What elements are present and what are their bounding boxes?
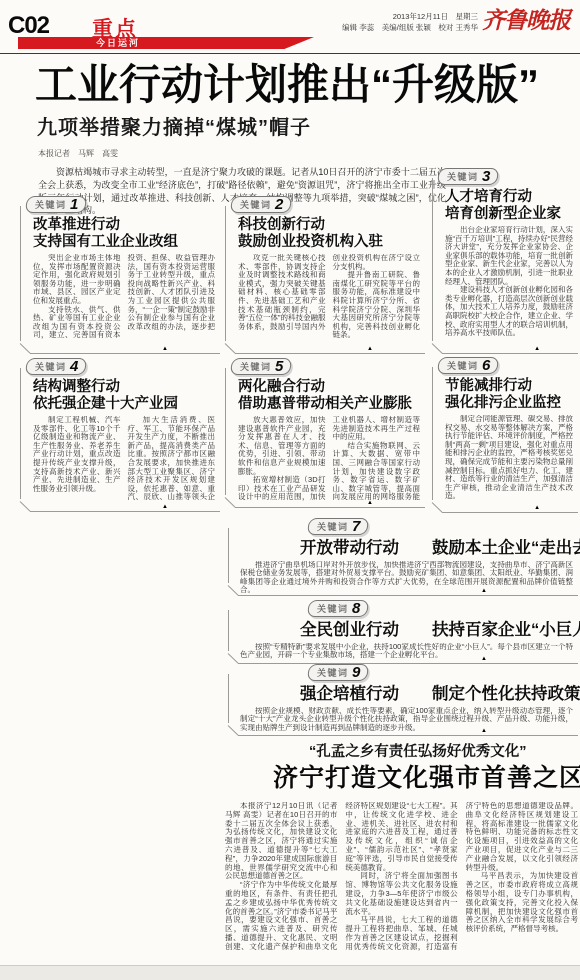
- keyword-section-3: 关键词 3 人才培育行动 培育创新型企业家 出台企业家培育行动计划，深入实施“百…: [432, 168, 578, 354]
- frame-line: [228, 610, 229, 651]
- paragraph: 出台企业家培育行动计划，深入实施“百千万培训”工程，持续办好“民营经济大讲堂”，…: [445, 226, 573, 286]
- section-title: 科技创新行动 鼓励创业投资机构入驻: [238, 217, 421, 250]
- badge-label: 关键词: [240, 198, 272, 211]
- frame-corner: [432, 502, 443, 512]
- section-body: 攻克一批关键核心技术、零部件，协调支持企业及时调整技术路线和商业模式，强力突破关…: [238, 254, 420, 346]
- section-title: 两化融合行动 借助惠普带动相关产业膨胀: [238, 379, 421, 412]
- frame-line: [228, 674, 229, 723]
- culture-kicker: “孔孟之乡有责任弘扬好优秀文化”: [309, 740, 578, 761]
- badge-label: 关键词: [317, 666, 349, 679]
- date-line: 2013年12月11日 星期三: [342, 11, 478, 22]
- frame-corner: [225, 343, 236, 353]
- frame-line: [30, 353, 220, 354]
- lead-byline: 本报记者 马辉 高雯: [38, 148, 575, 159]
- page-bottom-edge: [0, 965, 580, 980]
- section-body: 放大惠普效应，加快建设惠普软件产业园，充分发挥惠普在人才、技术、信息、管理等方面…: [238, 416, 420, 502]
- paragraph: 本报济宁12月10日讯（记者 马辉 高雯）记者在10日召开的市委十二届五次全体会…: [225, 802, 337, 881]
- paragraph: 推进济宁曲阜机场口岸对外开放步伐，加快推进济宁西部物流园建设，支持曲阜市、济宁高…: [240, 561, 573, 595]
- section-banner: 今日运河: [18, 37, 314, 49]
- frame-corner: [20, 343, 31, 353]
- keyword-section-7: 关键词 7 开放带动行动 鼓励本土企业“走出去” 推进济宁曲阜机场口岸对外开放步…: [228, 518, 578, 596]
- badge-number: 1: [70, 196, 78, 213]
- badge-label: 关键词: [447, 359, 479, 372]
- section-body: 按照企业规模、财政贡献、成长性等要素，确定100家重点企业，纳入转型升级动态管理…: [240, 707, 573, 734]
- badge-label: 关键词: [35, 360, 67, 373]
- paragraph: 制定合同能源管理、碳交易、排放权交易、水交易等整体解决方案，严格执行节能评估、环…: [445, 415, 573, 501]
- paragraph: 建设科技人才创新创业孵化园和各类专业孵化器，打造高层次创新创业载体，加大技术工人…: [445, 286, 573, 338]
- paragraph: 制定工程机械、汽车及零部件、化工等10个千亿级制造业和物流产业、生产性服务业、养…: [33, 416, 121, 493]
- section-title: 人才培育行动 培育创新型企业家: [445, 189, 574, 222]
- paragraph: 提升鲁南工研院、鲁南煤化工研究院等平台的服务功能，高标准建设中科院计算所济宁分所…: [333, 271, 421, 340]
- newspaper-page: C02 重点 今日运河 2013年12月11日 星期三 编辑 李蕊 美编/组版 …: [0, 0, 580, 980]
- triangle-up-icon: ▲: [534, 505, 540, 511]
- frame-corner: [432, 343, 443, 353]
- keyword-badge: 关键词 3: [437, 168, 499, 185]
- culture-body: 本报济宁12月10日讯（记者 马辉 高雯）记者在10日召开的市委十二届五次全体会…: [225, 802, 578, 968]
- keyword-badge: 关键词 1: [25, 196, 87, 213]
- paragraph: 放大惠普效应，加快建设惠普软件产业园，充分发挥惠普在人才、技术、信息、管理等方面…: [238, 416, 326, 476]
- keyword-badge: 关键词 7: [307, 518, 369, 535]
- badge-label: 关键词: [447, 170, 479, 183]
- keyword-section-2: 关键词 2 科技创新行动 鼓励创业投资机构入驻 攻克一批关键核心技术、零部件，协…: [225, 196, 425, 354]
- badge-label: 关键词: [240, 360, 272, 373]
- masthead-logo: 齐鲁晚报: [482, 8, 574, 34]
- badge-number: 9: [352, 664, 360, 681]
- banner-label: 今日运河: [18, 37, 314, 49]
- badge-number: 7: [352, 518, 360, 535]
- section-body: 制定工程机械、汽车及零部件、化工等10个千亿级制造业和物流产业、生产性服务业、养…: [33, 416, 215, 502]
- section-body: 出台企业家培育行动计划，深入实施“百千万培训”工程，持续办好“民营经济大讲堂”，…: [445, 226, 573, 344]
- frame-line: [225, 206, 226, 341]
- keyword-badge: 关键词 5: [230, 358, 292, 375]
- frame-line: [225, 368, 226, 495]
- frame-line: [20, 206, 21, 341]
- paragraph: 突出企业市场主体地位，发挥市场配置资源决定作用，强化政府规划引领服务功能，进一步…: [33, 254, 121, 306]
- header-meta: 2013年12月11日 星期三 编辑 李蕊 美编/组版 张颖 校对 王秀华: [342, 11, 478, 33]
- keyword-badge: 关键词 9: [307, 664, 369, 681]
- paragraph: 按照企业规模、财政贡献、成长性等要素，确定100家重点企业，纳入转型升级动态管理…: [240, 707, 573, 733]
- section-body: 制定合同能源管理、碳交易、排放权交易、水交易等整体解决方案，严格执行节能评估、环…: [445, 415, 573, 507]
- frame-line: [238, 595, 578, 596]
- badge-number: 5: [275, 358, 283, 375]
- paragraph: 同时，济宁将全面加强图书馆、博物馆等公共文化服务设施建设，力争3—5年使济宁市级…: [345, 872, 457, 916]
- frame-corner: [228, 725, 239, 735]
- section-body: 突出企业市场主体地位，发挥市场配置资源决定作用，强化政府规划引领服务功能，进一步…: [33, 254, 215, 346]
- paragraph: 加大生活消费、医疗、军工、节能环保产品开发生产力度，不断推出新产品，提高消费类产…: [128, 416, 216, 502]
- keyword-section-6: 关键词 6 节能减排行动 强化排污企业监控 制定合同能源管理、碳交易、排放权交易…: [432, 357, 578, 513]
- keyword-badge: 关键词 4: [25, 358, 87, 375]
- badge-number: 8: [352, 600, 360, 617]
- staff-line: 编辑 李蕊 美编/组版 张颖 校对 王秀华: [342, 22, 478, 33]
- triangle-up-icon: ▲: [534, 346, 540, 352]
- frame-line: [442, 353, 578, 354]
- badge-number: 4: [70, 358, 78, 375]
- frame-corner: [228, 653, 239, 663]
- triangle-up-icon: ▲: [367, 500, 373, 506]
- frame-line: [235, 507, 425, 508]
- frame-line: [442, 512, 578, 513]
- keyword-section-8: 关键词 8 全民创业行动 扶持百家企业“小巨人” 按照“专精特新”要求发展中小企…: [228, 600, 578, 664]
- paragraph: 马平昌表示，为加快建设首善之区，市委市政府将成立高规格领导小组，设专门办事机构，…: [466, 872, 578, 934]
- lead-subhead: 九项举措聚力摘掉“煤城”帽子: [37, 116, 575, 140]
- badge-number: 6: [482, 357, 490, 374]
- keyword-badge: 关键词 8: [307, 600, 369, 617]
- section-title: 改革推进行动 支持国有工业企业改组: [33, 217, 216, 250]
- keyword-section-5: 关键词 5 两化融合行动 借助惠普带动相关产业膨胀 放大惠普效应，加快建设惠普软…: [225, 358, 425, 508]
- triangle-up-icon: ▲: [481, 728, 487, 734]
- frame-line: [235, 353, 425, 354]
- header-rule: [0, 53, 580, 54]
- triangle-up-icon: ▲: [162, 504, 168, 510]
- section-title: 强企培植行动 制定个性化扶持政策: [300, 686, 574, 703]
- triangle-up-icon: ▲: [367, 346, 373, 352]
- frame-line: [238, 735, 578, 736]
- badge-label: 关键词: [317, 602, 349, 615]
- section-title: 节能减排行动 强化排污企业监控: [445, 378, 574, 411]
- frame-line: [432, 367, 433, 500]
- keyword-section-4: 关键词 4 结构调整行动 依托强企建十大产业园 制定工程机械、汽车及零部件、化工…: [20, 358, 220, 512]
- triangle-up-icon: ▲: [481, 588, 487, 594]
- section-title: 开放带动行动 鼓励本土企业“走出去”: [300, 540, 574, 557]
- section-body: 按照“专精特新”要求发展中小企业，扶持100家成长性好的企业“小巨人”。每个县市…: [240, 643, 573, 661]
- keyword-badge: 关键词 2: [230, 196, 292, 213]
- frame-corner: [20, 501, 31, 511]
- frame-line: [30, 511, 220, 512]
- section-body: 推进济宁曲阜机场口岸对外开放步伐，加快推进济宁西部物流园建设，支持曲阜市、济宁高…: [240, 561, 573, 597]
- page-code: C02: [8, 12, 49, 40]
- frame-corner: [225, 497, 236, 507]
- badge-number: 3: [482, 168, 490, 185]
- badge-number: 2: [275, 196, 283, 213]
- paragraph: 按照“专精特新”要求发展中小企业，扶持100家成长性好的企业“小巨人”。每个县市…: [240, 643, 573, 660]
- frame-line: [432, 178, 433, 341]
- frame-line: [228, 528, 229, 583]
- badge-label: 关键词: [317, 520, 349, 533]
- frame-corner: [228, 585, 239, 595]
- keyword-badge: 关键词 6: [437, 357, 499, 374]
- triangle-up-icon: ▲: [481, 656, 487, 662]
- triangle-up-icon: ▲: [162, 346, 168, 352]
- keyword-section-1: 关键词 1 改革推进行动 支持国有工业企业改组 突出企业市场主体地位，发挥市场配…: [20, 196, 220, 354]
- culture-article: “孔孟之乡有责任弘扬好优秀文化” 济宁打造文化强市首善之区 本报济宁12月10日…: [225, 740, 578, 966]
- frame-line: [20, 368, 21, 499]
- keyword-section-9: 关键词 9 强企培植行动 制定个性化扶持政策 按照企业规模、财政贡献、成长性等要…: [228, 664, 578, 736]
- section-title: 结构调整行动 依托强企建十大产业园: [33, 379, 216, 412]
- culture-headline: 济宁打造文化强市首善之区: [273, 763, 578, 793]
- badge-label: 关键词: [35, 198, 67, 211]
- lead-headline: 工业行动计划推出“升级版”: [35, 60, 575, 110]
- section-title: 全民创业行动 扶持百家企业“小巨人”: [300, 622, 574, 639]
